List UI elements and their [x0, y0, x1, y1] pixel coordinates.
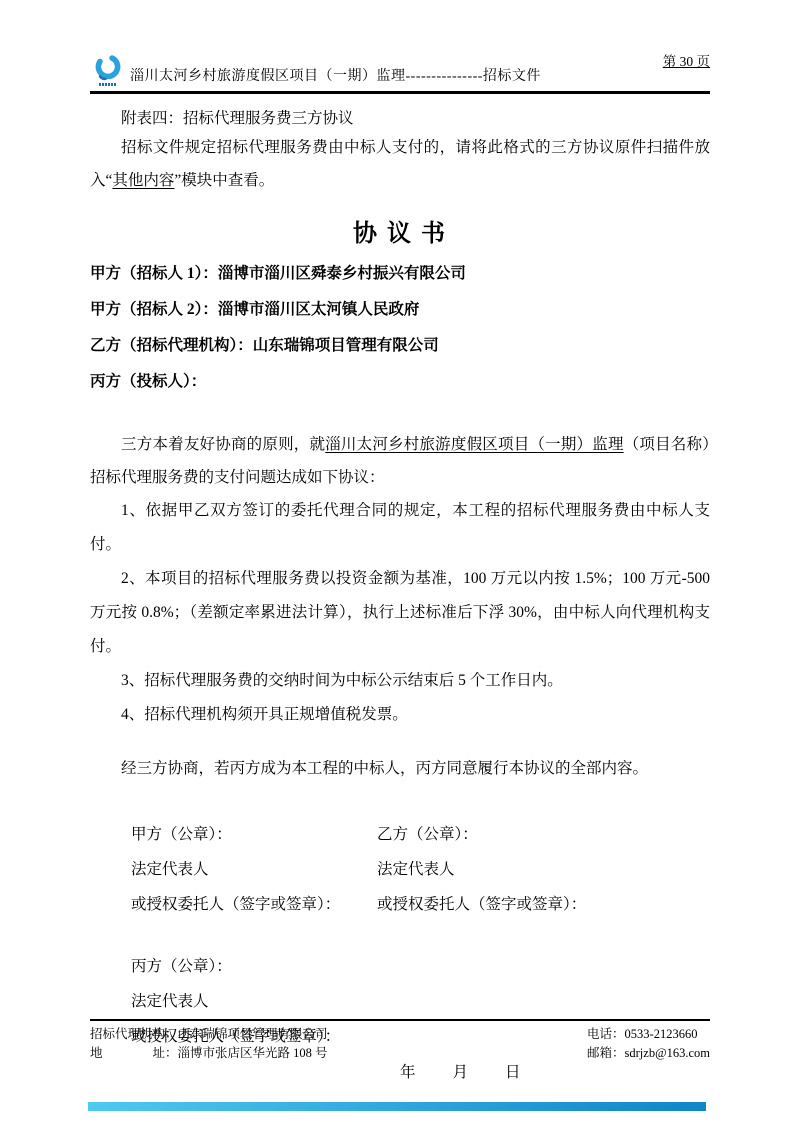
- date-line: 年 月 日: [90, 1063, 710, 1083]
- party-c-label: 丙方（投标人）：: [90, 373, 206, 390]
- party-a-rep-label: 法定代表人: [131, 860, 377, 880]
- preamble-before: 三方本着友好协商的原则，就: [121, 436, 325, 453]
- intro-note-underlined: 其他内容: [112, 172, 174, 189]
- footer-right: 电话：0533-2123660 邮箱：sdrjzb@163.com: [587, 1025, 710, 1063]
- party-b-rep-label: 法定代表人: [377, 860, 455, 880]
- party-a1-value: 淄博市淄川区舜泰乡村振兴有限公司: [218, 265, 466, 282]
- party-a-seal-label: 甲方（公章）：: [131, 825, 377, 845]
- clause-2: 2、本项目的招标代理服务费以投资金额为基准，100 万元以内按 1.5%；100…: [90, 562, 710, 664]
- swirl-logo-icon: [92, 50, 124, 82]
- party-a-auth-label: 或授权委托人（签字或签章）：: [131, 895, 377, 915]
- signature-row-legal-rep: 法定代表人 法定代表人: [90, 860, 710, 880]
- preamble: 三方本着友好协商的原则，就淄川太河乡村旅游度假区项目（一期）监理（项目名称）招标…: [90, 428, 710, 494]
- agreement-title: 协 议 书: [90, 213, 710, 248]
- appendix-title: 附表四：招标代理服务费三方协议: [90, 107, 710, 131]
- party-a1-line: 甲方（招标人 1）：淄博市淄川区舜泰乡村振兴有限公司: [90, 264, 710, 284]
- company-logo: [90, 50, 126, 86]
- closing-statement: 经三方协商，若丙方成为本工程的中标人，丙方同意履行本协议的全部内容。: [90, 752, 710, 785]
- party-c-seal-label: 丙方（公章）：: [131, 957, 232, 977]
- signature-row-authorized: 或授权委托人（签字或签章）： 或授权委托人（签字或签章）：: [90, 895, 710, 915]
- page-content: 淄川太河乡村旅游度假区项目（一期）监理---------------招标文件 第…: [90, 0, 710, 1083]
- clause-4: 4、招标代理机构须开具正规增值税发票。: [90, 698, 710, 732]
- party-b-auth-label: 或授权委托人（签字或签章）：: [377, 895, 586, 915]
- document-page: 淄川太河乡村旅游度假区项目（一期）监理---------------招标文件 第…: [0, 0, 793, 1122]
- party-c-rep-label: 法定代表人: [131, 992, 209, 1012]
- page-footer: 招标代理机构：山东瑞锦项目管理有限公司 地 址：淄博市张店区华光路 108 号 …: [90, 1019, 710, 1063]
- party-b-value: 山东瑞锦项目管理有限公司: [253, 337, 439, 354]
- party-b-label: 乙方（招标代理机构）：: [90, 337, 253, 354]
- party-b-line: 乙方（招标代理机构）：山东瑞锦项目管理有限公司: [90, 336, 710, 356]
- intro-note: 招标文件规定招标代理服务费由中标人支付的，请将此格式的三方协议原件扫描件放入“其…: [90, 131, 710, 197]
- footer-email: 邮箱：sdrjzb@163.com: [587, 1044, 710, 1063]
- footer-agency: 招标代理机构：山东瑞锦项目管理有限公司: [90, 1025, 328, 1044]
- page-number: 第 30 页: [663, 50, 710, 70]
- footer-left: 招标代理机构：山东瑞锦项目管理有限公司 地 址：淄博市张店区华光路 108 号: [90, 1025, 328, 1063]
- party-a2-line: 甲方（招标人 2）：淄博市淄川区太河镇人民政府: [90, 300, 710, 320]
- party-a2-value: 淄博市淄川区太河镇人民政府: [218, 301, 420, 318]
- header-left: 淄川太河乡村旅游度假区项目（一期）监理---------------招标文件: [90, 50, 541, 86]
- party-a1-label: 甲方（招标人 1）：: [90, 265, 218, 282]
- page-header: 淄川太河乡村旅游度假区项目（一期）监理---------------招标文件 第…: [90, 50, 710, 94]
- party-a2-label: 甲方（招标人 2）：: [90, 301, 218, 318]
- preamble-project-name: 淄川太河乡村旅游度假区项目（一期）监理: [325, 436, 623, 453]
- party-c-line: 丙方（投标人）：: [90, 372, 710, 392]
- party-c-rep-row: 法定代表人: [90, 992, 710, 1012]
- intro-note-after: ”模块中查看。: [174, 172, 274, 189]
- footer-address: 地 址：淄博市张店区华光路 108 号: [90, 1044, 328, 1063]
- clause-1: 1、依据甲乙双方签订的委托代理合同的规定，本工程的招标代理服务费由中标人支付。: [90, 494, 710, 562]
- footer-accent-bar: [88, 1102, 706, 1111]
- party-c-seal-row: 丙方（公章）：: [90, 957, 710, 977]
- signature-row-seal: 甲方（公章）： 乙方（公章）：: [90, 825, 710, 845]
- header-doc-title: 淄川太河乡村旅游度假区项目（一期）监理---------------招标文件: [130, 65, 541, 86]
- logo-caption: [99, 83, 117, 86]
- clause-3: 3、招标代理服务费的交纳时间为中标公示结束后 5 个工作日内。: [90, 664, 710, 698]
- party-b-seal-label: 乙方（公章）：: [377, 825, 478, 845]
- footer-phone: 电话：0533-2123660: [587, 1025, 710, 1044]
